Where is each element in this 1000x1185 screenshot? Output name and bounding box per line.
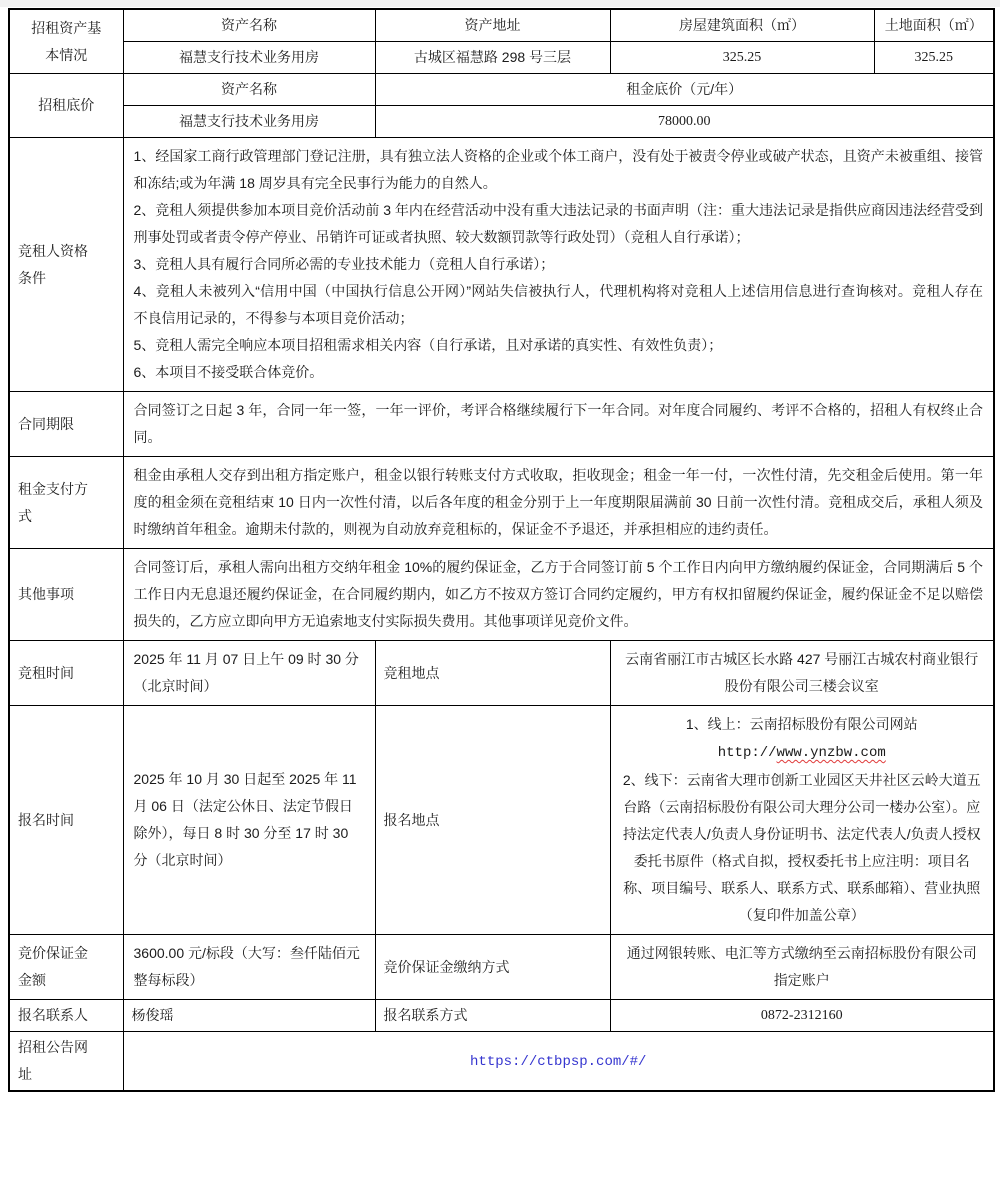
table-row-registration: 报名时间 2025 年 10 月 30 日起至 2025 年 11 月 06 日… xyxy=(9,706,994,935)
bidding-place-value: 云南省丽江市古城区长水路 427 号丽江古城农村商业银行股份有限公司三楼会议室 xyxy=(610,641,994,706)
deposit-method-value: 通过网银转账、电汇等方式缴纳至云南招标股份有限公司指定账户 xyxy=(610,935,994,1000)
header-building-area: 房屋建筑面积（㎡） xyxy=(610,9,874,42)
contact-name-value: 杨俊瑶 xyxy=(123,1000,375,1032)
value-building-area: 325.25 xyxy=(610,42,874,74)
row-label-registration-time: 报名时间 xyxy=(9,706,123,935)
base-price-asset-name: 福慧支行技术业务用房 xyxy=(123,106,375,138)
rental-announcement-document: 招租资产基 本情况 资产名称 资产地址 房屋建筑面积（㎡） 土地面积（㎡） 福慧… xyxy=(0,7,1000,1102)
payment-method-text: 租金由承租人交存到出租方指定账户，租金以银行转账支付方式收取，拒收现金；租金一年… xyxy=(123,457,994,549)
table-row-announcement-url: 招租公告网 址 https://ctbpsp.com/#/ xyxy=(9,1032,994,1092)
value-asset-address: 古城区福慧路 298 号三层 xyxy=(375,42,610,74)
section-label-base-price: 招租底价 xyxy=(9,74,123,138)
table-row-bidding-time: 竞租时间 2025 年 11 月 07 日上午 09 时 30 分（北京时间） … xyxy=(9,641,994,706)
registration-online-line: 1、线上：云南招标股份有限公司网站 xyxy=(621,711,984,738)
table-row-deposit: 竞价保证金 金额 3600.00 元/标段（大写：叁仟陆佰元整每标段） 竞价保证… xyxy=(9,935,994,1000)
contract-term-text: 合同签订之日起 3 年，合同一年一签，一年一评价，考评合格继续履行下一年合同。对… xyxy=(123,392,994,457)
base-price-value: 78000.00 xyxy=(375,106,994,138)
row-label-payment-method: 租金支付方 式 xyxy=(9,457,123,549)
table-row-contract-term: 合同期限 合同签订之日起 3 年，合同一年一签，一年一评价，考评合格继续履行下一… xyxy=(9,392,994,457)
row-label-announcement-url: 招租公告网 址 xyxy=(9,1032,123,1092)
value-asset-name: 福慧支行技术业务用房 xyxy=(123,42,375,74)
deposit-amount-value: 3600.00 元/标段（大写：叁仟陆佰元整每标段） xyxy=(123,935,375,1000)
contact-phone-value: 0872-2312160 xyxy=(610,1000,994,1032)
bidding-time-value: 2025 年 11 月 07 日上午 09 时 30 分（北京时间） xyxy=(123,641,375,706)
ynzbw-website-link[interactable]: http://www.ynzbw.com xyxy=(718,745,886,761)
row-label-bidding-place: 竞租地点 xyxy=(375,641,610,706)
announcement-website-link[interactable]: https://ctbpsp.com/#/ xyxy=(470,1054,646,1070)
table-row-payment-method: 租金支付方 式 租金由承租人交存到出租方指定账户，租金以银行转账支付方式收取，拒… xyxy=(9,457,994,549)
registration-place-value: 1、线上：云南招标股份有限公司网站 http://www.ynzbw.com 2… xyxy=(610,706,994,935)
table-row-basic-values: 福慧支行技术业务用房 古城区福慧路 298 号三层 325.25 325.25 xyxy=(9,42,994,74)
other-items-text: 合同签订后，承租人需向出租方交纳年租金 10%的履约保证金，乙方于合同签订前 5… xyxy=(123,549,994,641)
base-price-header: 租金底价（元/年） xyxy=(375,74,994,106)
table-row-contact: 报名联系人 杨俊瑶 报名联系方式 0872-2312160 xyxy=(9,1000,994,1032)
qualification-item-6: 6、本项目不接受联合体竞价。 xyxy=(134,359,984,386)
qualification-conditions-text: 1、经国家工商行政管理部门登记注册，具有独立法人资格的企业或个体工商户，没有处于… xyxy=(123,138,994,392)
url-scheme-text: http:// xyxy=(718,745,777,761)
header-asset-address: 资产地址 xyxy=(375,9,610,42)
table-row-base-price-header: 招租底价 资产名称 租金底价（元/年） xyxy=(9,74,994,106)
table-row-base-price-value: 福慧支行技术业务用房 78000.00 xyxy=(9,106,994,138)
row-label-qualification: 竞租人资格 条件 xyxy=(9,138,123,392)
header-asset-name: 资产名称 xyxy=(123,9,375,42)
row-label-registration-place: 报名地点 xyxy=(375,706,610,935)
row-label-bidding-time: 竞租时间 xyxy=(9,641,123,706)
row-label-deposit-method: 竞价保证金缴纳方式 xyxy=(375,935,610,1000)
row-label-deposit-amount: 竞价保证金 金额 xyxy=(9,935,123,1000)
page-top-strip xyxy=(0,0,1000,7)
registration-offline-text: 2、线下：云南省大理市创新工业园区天井社区云岭大道五台路（云南招标股份有限公司大… xyxy=(621,767,984,929)
url-host-text: www.ynzbw.com xyxy=(777,745,886,761)
announcement-url-cell: https://ctbpsp.com/#/ xyxy=(123,1032,994,1092)
qualification-item-3: 3、竞租人具有履行合同所必需的专业技术能力（竞租人自行承诺）； xyxy=(134,251,984,278)
qualification-item-4: 4、竞租人未被列入“信用中国（中国执行信息公开网）”网站失信被执行人，代理机构将… xyxy=(134,278,984,332)
table-row-basic-headers: 招租资产基 本情况 资产名称 资产地址 房屋建筑面积（㎡） 土地面积（㎡） xyxy=(9,9,994,42)
row-label-contact-phone: 报名联系方式 xyxy=(375,1000,610,1032)
table-row-other-items: 其他事项 合同签订后，承租人需向出租方交纳年租金 10%的履约保证金，乙方于合同… xyxy=(9,549,994,641)
header-land-area: 土地面积（㎡） xyxy=(874,9,994,42)
qualification-item-1: 1、经国家工商行政管理部门登记注册，具有独立法人资格的企业或个体工商户，没有处于… xyxy=(134,143,984,197)
row-label-contact-name: 报名联系人 xyxy=(9,1000,123,1032)
base-price-name-header: 资产名称 xyxy=(123,74,375,106)
qualification-item-5: 5、竞租人需完全响应本项目招租需求相关内容（自行承诺，且对承诺的真实性、有效性负… xyxy=(134,332,984,359)
section-label-basic-info: 招租资产基 本情况 xyxy=(9,9,123,74)
row-label-other-items: 其他事项 xyxy=(9,549,123,641)
rental-announcement-table: 招租资产基 本情况 资产名称 资产地址 房屋建筑面积（㎡） 土地面积（㎡） 福慧… xyxy=(8,8,995,1092)
value-land-area: 325.25 xyxy=(874,42,994,74)
qualification-item-2: 2、竞租人须提供参加本项目竞价活动前 3 年内在经营活动中没有重大违法记录的书面… xyxy=(134,197,984,251)
row-label-contract-term: 合同期限 xyxy=(9,392,123,457)
registration-time-value: 2025 年 10 月 30 日起至 2025 年 11 月 06 日（法定公休… xyxy=(123,706,375,935)
registration-online-url-line: http://www.ynzbw.com xyxy=(621,738,984,767)
table-row-qualification: 竞租人资格 条件 1、经国家工商行政管理部门登记注册，具有独立法人资格的企业或个… xyxy=(9,138,994,392)
